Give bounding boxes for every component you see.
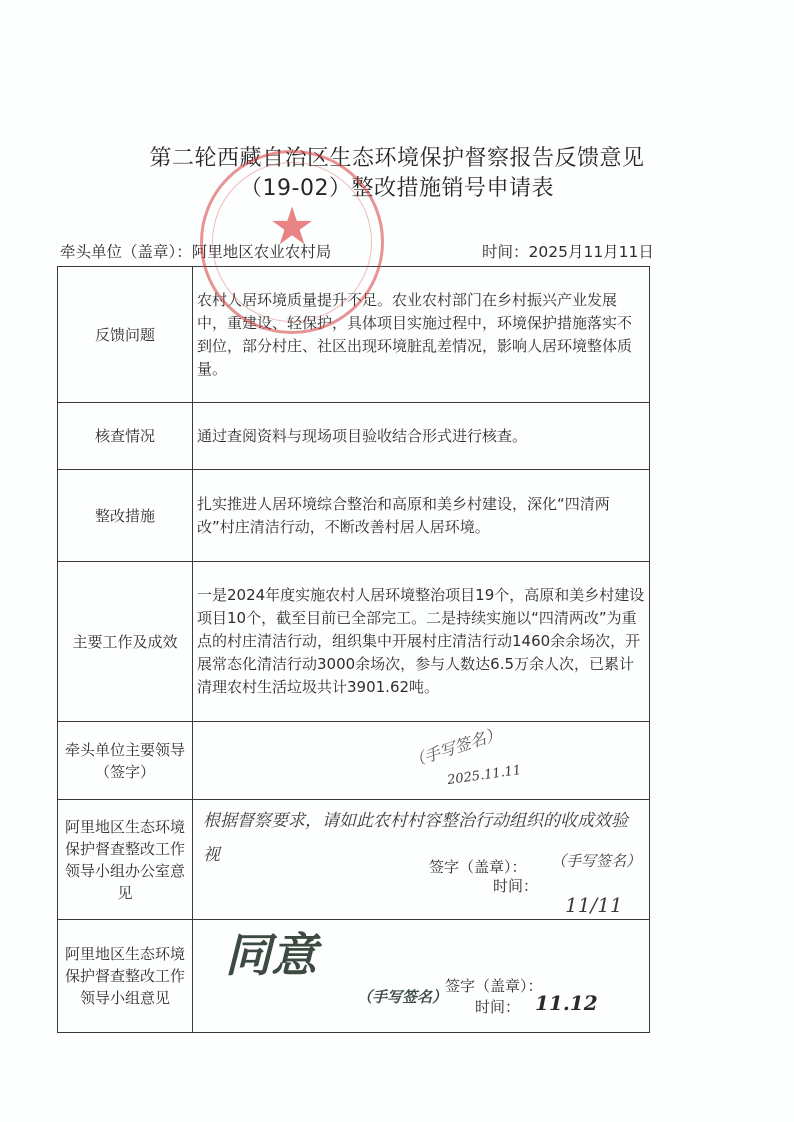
table-row: 反馈问题 农村人居环境质量提升不足。农业农村部门在乡村振兴产业发展中，重建设、轻… <box>58 267 650 403</box>
group-time-label: 时间： <box>475 996 520 1019</box>
table-row: 牵头单位主要领导（签字） （手写签名） 2025.11.11 <box>58 722 650 800</box>
table-row: 主要工作及成效 一是2024年度实施农村人居环境整治项目19个，高原和美乡村建设… <box>58 562 650 722</box>
group-sign-label: 签字（盖章）： <box>445 975 543 998</box>
row-label-office-opinion: 阿里地区生态环境保护督查整改工作领导小组办公室意见 <box>58 800 193 920</box>
leader-signature-date: 2025.11.11 <box>446 759 523 792</box>
group-opinion-cell[interactable]: 同意 （手写签名） 签字（盖章）： 时间： 11.12 <box>193 920 650 1033</box>
office-time-value: 11/11 <box>565 894 623 917</box>
group-handwritten-opinion: 同意 <box>225 944 317 967</box>
office-signature: （手写签名） <box>551 850 641 873</box>
row-content-feedback-issue: 农村人居环境质量提升不足。农业农村部门在乡村振兴产业发展中，重建设、轻保护，具体… <box>193 267 650 403</box>
leader-signature-cell[interactable]: （手写签名） 2025.11.11 <box>193 722 650 800</box>
office-opinion-cell[interactable]: 根据督察要求，请如此农村村容整治行动组织的收成效验视 签字（盖章）： （手写签名… <box>193 800 650 920</box>
table-row: 核查情况 通过查阅资料与现场项目验收结合形式进行核查。 <box>58 403 650 470</box>
document-title-line1: 第二轮西藏自治区生态环境保护督察报告反馈意见 <box>0 141 794 172</box>
row-label-verification: 核查情况 <box>58 403 193 470</box>
row-content-main-work: 一是2024年度实施农村人居环境整治项目19个，高原和美乡村建设项目10个，截至… <box>193 562 650 722</box>
table-row: 阿里地区生态环境保护督查整改工作领导小组办公室意见 根据督察要求，请如此农村村容… <box>58 800 650 920</box>
date-value: 2025月11月11日 <box>529 243 654 261</box>
row-label-group-opinion: 阿里地区生态环境保护督查整改工作领导小组意见 <box>58 920 193 1033</box>
document-title-line2: （19-02）整改措施销号申请表 <box>0 171 794 202</box>
group-signature: （手写签名） <box>357 986 447 1009</box>
row-content-measures: 扎实推进人居环境综合整治和高原和美乡村建设，深化“四清两改”村庄清洁行动，不断改… <box>193 470 650 562</box>
date-label: 时间： <box>482 243 529 261</box>
table-row: 整改措施 扎实推进人居环境综合整治和高原和美乡村建设，深化“四清两改”村庄清洁行… <box>58 470 650 562</box>
application-form-table: 反馈问题 农村人居环境质量提升不足。农业农村部门在乡村振兴产业发展中，重建设、轻… <box>57 266 650 1033</box>
row-label-leader-signature: 牵头单位主要领导（签字） <box>58 722 193 800</box>
lead-unit-value: 阿里地区农业农村局 <box>192 243 332 261</box>
row-label-measures: 整改措施 <box>58 470 193 562</box>
document-date: 时间：2025月11月11日 <box>482 240 654 262</box>
row-content-verification: 通过查阅资料与现场项目验收结合形式进行核查。 <box>193 403 650 470</box>
lead-unit: 牵头单位（盖章）：阿里地区农业农村局 <box>60 240 331 262</box>
group-time-value: 11.12 <box>535 992 598 1015</box>
lead-unit-label: 牵头单位（盖章）： <box>60 243 192 261</box>
row-label-feedback-issue: 反馈问题 <box>58 267 193 403</box>
table-row: 阿里地区生态环境保护督查整改工作领导小组意见 同意 （手写签名） 签字（盖章）：… <box>58 920 650 1033</box>
row-label-main-work: 主要工作及成效 <box>58 562 193 722</box>
office-time-label: 时间： <box>493 875 538 898</box>
